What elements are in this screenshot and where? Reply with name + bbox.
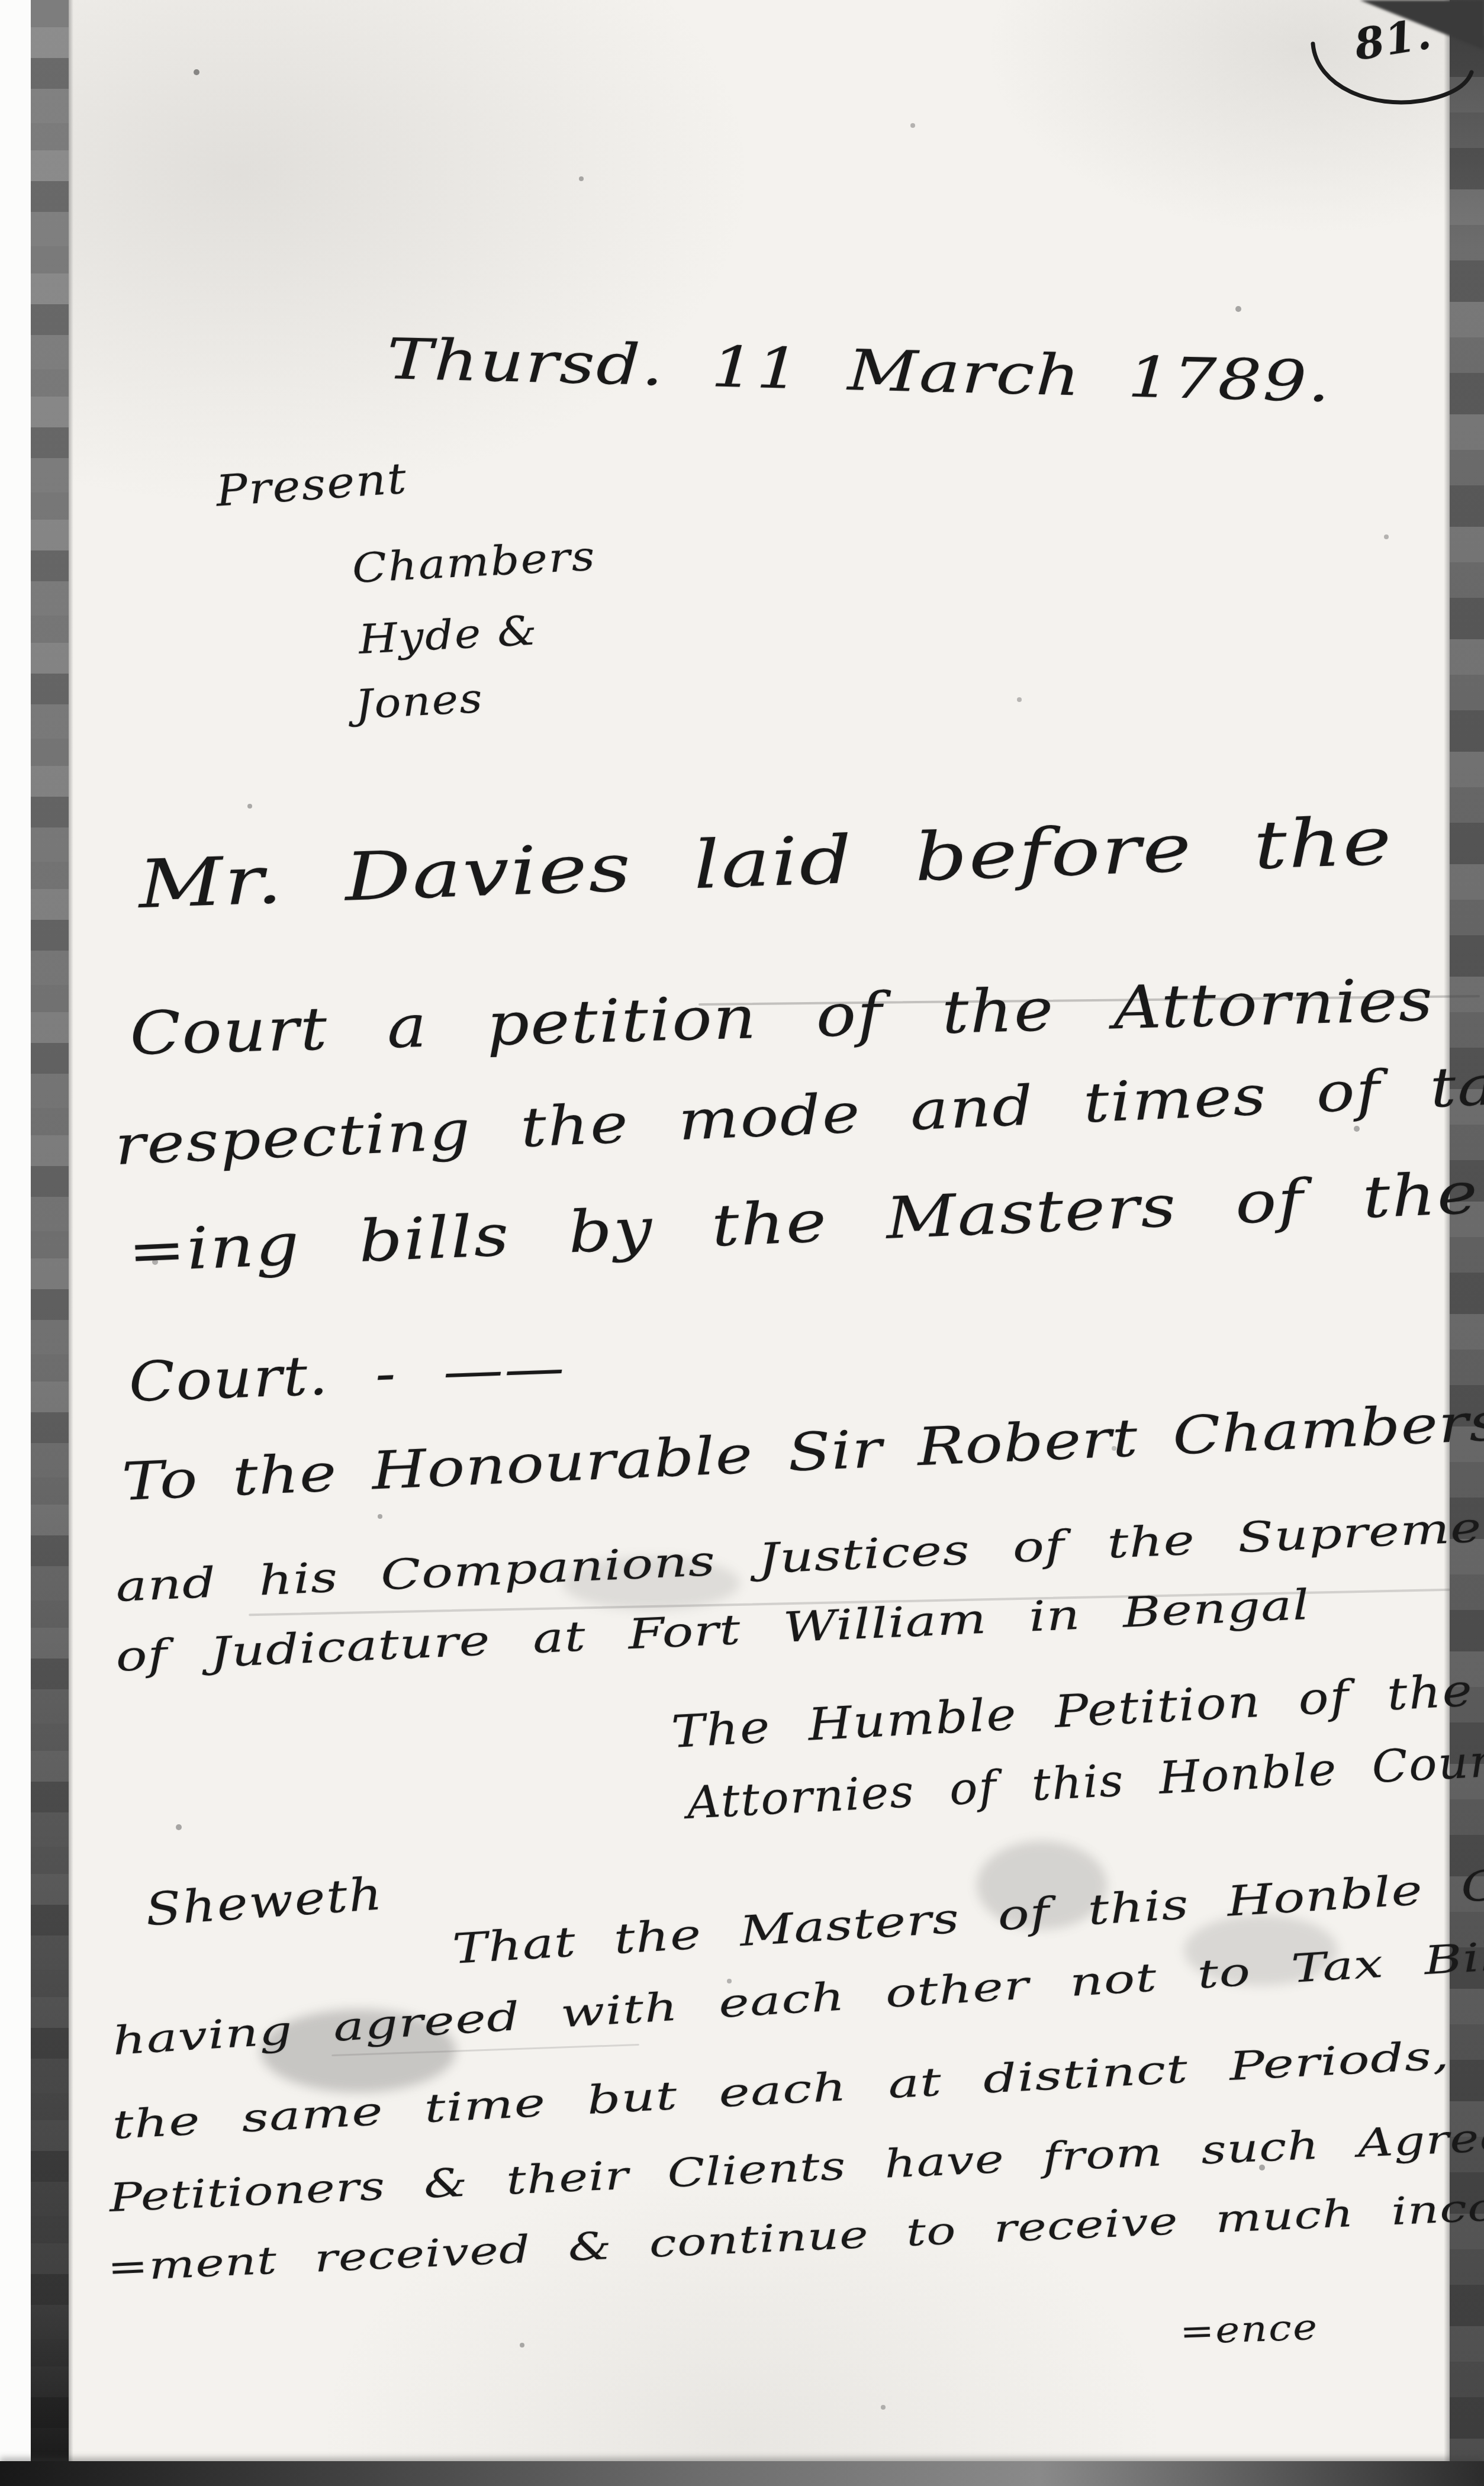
minute-line: Court a petition of the Attornies (129, 965, 1435, 1068)
folio-underline-mark (1307, 31, 1479, 114)
justice-name: Jones (354, 675, 485, 729)
page-edge-bottom (0, 2461, 1484, 2486)
minute-line: respecting the mode and times of tax= (114, 1049, 1484, 1177)
paper-specks (0, 0, 2, 2)
binding-edge-left (31, 0, 69, 2486)
date-heading: Thursd. 11 March 1789. (386, 327, 1332, 415)
scan-left-margin (0, 0, 32, 2486)
minute-line: Mr. Davies laid before the (137, 803, 1394, 923)
minute-line: =ing bills by the Masters of the (127, 1159, 1480, 1285)
page-edge-right (1450, 0, 1484, 2486)
justice-name: Hyde & (358, 607, 539, 664)
catchword: =ence (1179, 2307, 1319, 2353)
manuscript-page: 81. Thursd. 11 March 1789. Present Chamb… (0, 0, 1484, 2486)
sheweth-label: Sheweth (144, 1867, 385, 1936)
minute-line: Court. - —— (128, 1335, 566, 1414)
justice-name: Chambers (351, 533, 597, 592)
present-label: Present (214, 453, 409, 516)
